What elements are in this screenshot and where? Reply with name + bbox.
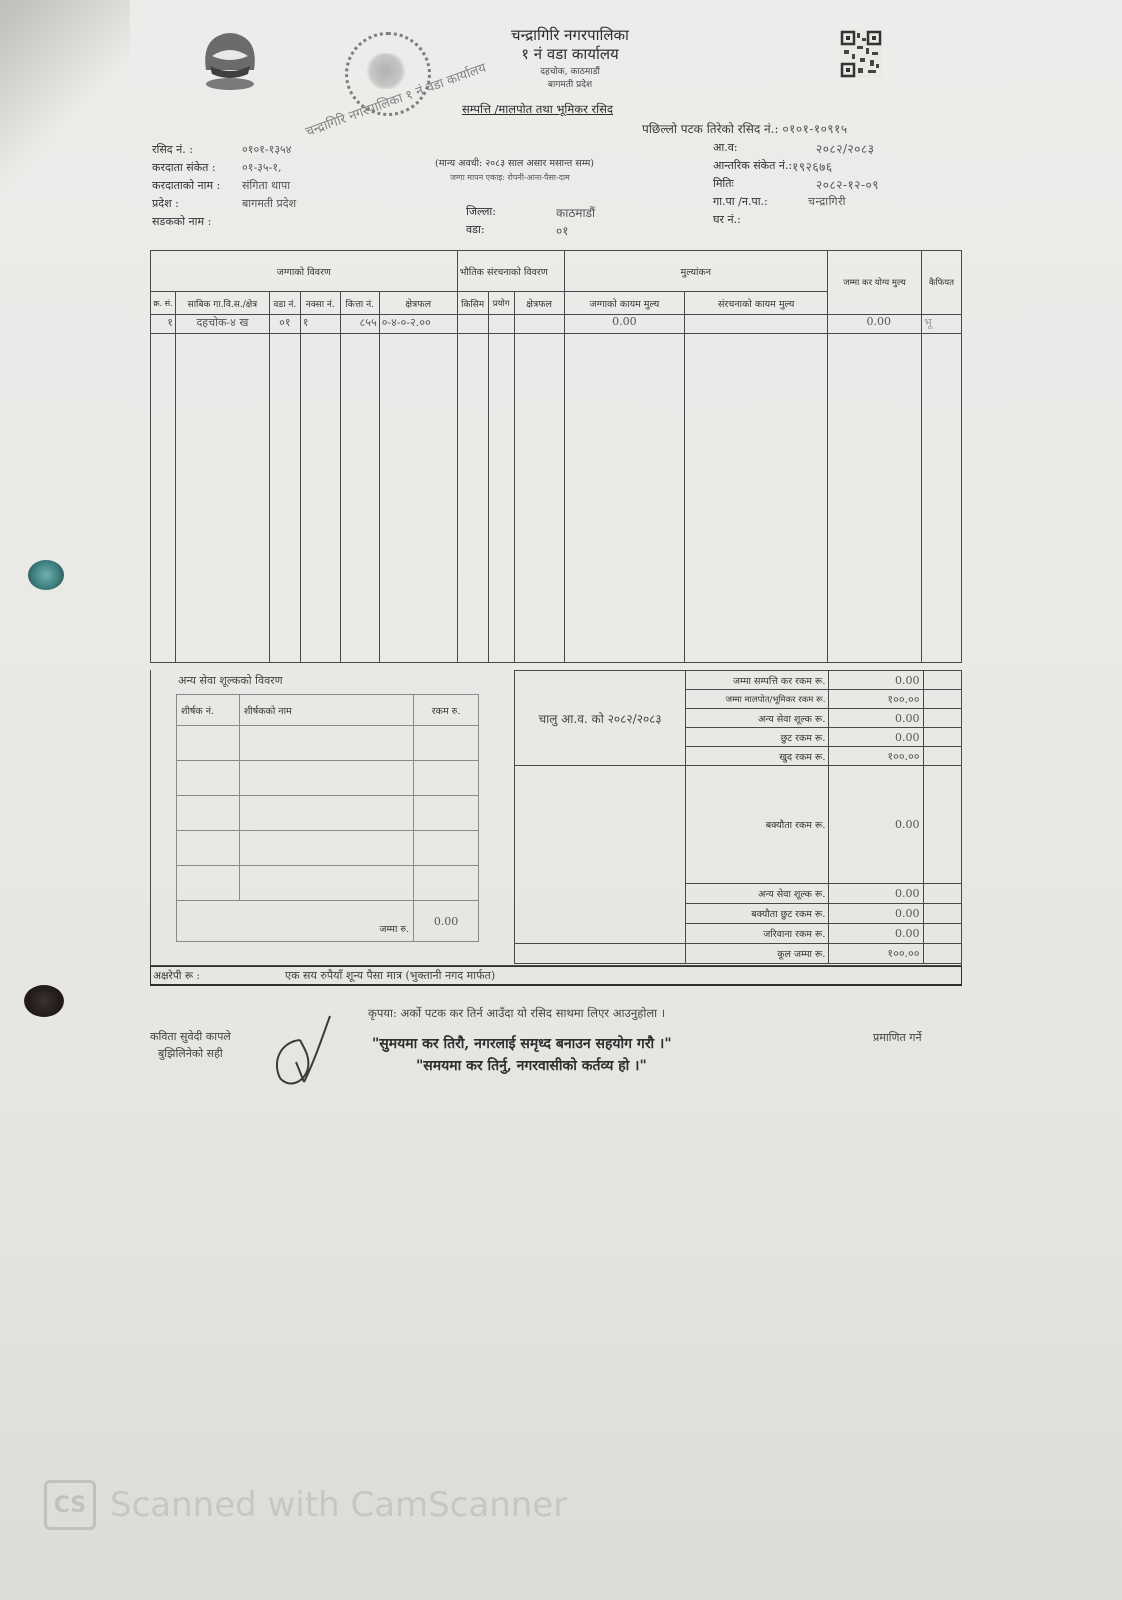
municipality-value: चन्द्रागिरी — [808, 194, 846, 212]
other-fees-table: शीर्षक नं. शीर्षकको नाम रकम रु. जम्मा रु… — [176, 694, 479, 942]
land-details-header: जग्गाको विवरण — [151, 251, 458, 292]
valuation-header: मुल्यांकन — [564, 251, 828, 292]
province-row: प्रदेश :बागमती प्रदेश — [152, 196, 296, 214]
receipt-info: आ.व:२०८२/२०८३ आन्तरिक संकेत नं.:१९२६७६ म… — [713, 140, 879, 230]
office-address: दहचोक, काठमाडौं बागमती प्रदेश — [470, 66, 670, 92]
cell-use — [488, 315, 514, 334]
ward-value: ०१ — [556, 222, 568, 240]
col-land-value: जग्गाको कायम मुल्य — [564, 292, 685, 315]
receiver-name: कविता सुवेदी कापले — [150, 1028, 231, 1045]
col-head-name: शीर्षकको नाम — [239, 695, 413, 726]
province-text: बागमती प्रदेश — [470, 79, 670, 92]
ward-office-name: १ नं वडा कार्यालय — [470, 45, 670, 64]
property-tax-amount: 0.00 — [829, 671, 923, 690]
col-head-no: शीर्षक नं. — [177, 695, 240, 726]
summary-table: चालु आ.व. को २०८२/२०८३ जम्मा सम्पत्ति कर… — [514, 670, 962, 964]
amount-in-words: अक्षरेपी रू : एक सय रुपैयाँ शून्य पैसा म… — [150, 966, 962, 986]
other-fees-total-row: जम्मा रु. 0.00 — [177, 901, 479, 942]
punch-hole — [28, 560, 64, 590]
camscanner-logo-icon: CS — [44, 1480, 96, 1530]
arrears-discount: 0.00 — [829, 904, 923, 924]
grand-total-amount: १००.०० — [829, 944, 923, 964]
service-fee-amount: 0.00 — [829, 709, 923, 728]
province-value: बागमती प्रदेश — [242, 196, 296, 214]
taxpayer-name-row: करदाताको नाम :संगिता थापा — [152, 178, 296, 196]
net-amount: १००.०० — [829, 747, 923, 766]
amount-in-words-label: अक्षरेपी रू : — [151, 969, 285, 983]
fine-amount: 0.00 — [829, 924, 923, 944]
fiscal-year-row: आ.व:२०८२/२०८३ — [713, 140, 879, 158]
land-tax-amount: १००.०० — [829, 690, 923, 709]
cell-structure-value — [685, 315, 828, 334]
summary-row: चालु आ.व. को २०८२/२०८३ जम्मा सम्पत्ति कर… — [515, 671, 962, 690]
cell-serial: १ — [151, 315, 176, 334]
table-row — [177, 726, 479, 761]
municipality-row: गा.पा /न.पा.:चन्द्रागिरी — [713, 194, 879, 212]
cell-taxable-value: 0.00 — [828, 315, 922, 334]
col-area: क्षेत्रफल — [379, 292, 457, 315]
cell-structure-area — [514, 315, 564, 334]
table-group-header: जग्गाको विवरण भौतिक संरचनाको विवरण मुल्य… — [151, 251, 962, 292]
cell-ward: ०१ — [269, 315, 300, 334]
house-number-row: घर नं.: — [713, 212, 879, 230]
receipt-date: २०८२-१२-०९ — [808, 176, 879, 194]
cell-land-value: 0.00 — [564, 315, 685, 334]
taxable-value-header: जम्मा कर योग्य मुल्य — [828, 251, 922, 315]
internal-code-row: आन्तरिक संकेत नं.:१९२६७६ — [713, 158, 879, 176]
receipt-number: ०१०१-१३५४ — [242, 142, 291, 160]
slogan-1: "सुमयमा कर तिरौ, नगरलाई समृध्द बनाउन सहय… — [372, 1034, 672, 1053]
current-fiscal-year: चालु आ.व. को २०८२/२०८३ — [515, 671, 686, 766]
col-use: प्रयोग — [488, 292, 514, 315]
internal-code: १९२६७६ — [792, 158, 832, 176]
other-fees-header: शीर्षक नं. शीर्षकको नाम रकम रु. — [177, 695, 479, 726]
receiver-signature-label: कविता सुवेदी कापले बुझिलिनेको सही — [150, 1028, 231, 1062]
table-row — [177, 761, 479, 796]
taxpayer-name: संगिता थापा — [242, 178, 290, 196]
arrears-amount: 0.00 — [829, 766, 923, 884]
handwritten-signature-icon — [270, 1012, 350, 1088]
district-info: जिल्ला:काठमाडौं वडा:०१ — [466, 204, 595, 240]
district-value: काठमाडौं — [556, 204, 595, 222]
col-serial: क्र. सं. — [151, 292, 176, 315]
table-row — [177, 796, 479, 831]
watermark-text: Scanned with CamScanner — [110, 1485, 567, 1525]
col-structure-area: क्षेत्रफल — [514, 292, 564, 315]
fiscal-year: २०८२/२०८३ — [808, 140, 874, 158]
arrears-service-fee: 0.00 — [829, 884, 923, 904]
previous-receipt: पछिल्लो पटक तिरेको रसिद नं.: ०१०१-१०९१५ — [642, 120, 848, 137]
col-kitta-no: कित्ता नं. — [340, 292, 379, 315]
return-note: कृपया: अर्को पटक कर तिर्न आउँदा यो रसिद … — [368, 1006, 665, 1021]
slogan-2: "समयमा कर तिर्नु, नगरवासीको कर्तव्य हो ।… — [416, 1056, 647, 1075]
land-details-table: जग्गाको विवरण भौतिक संरचनाको विवरण मुल्य… — [150, 250, 962, 663]
other-fees-title: अन्य सेवा शूल्कको विवरण — [178, 673, 283, 688]
other-fees-total-value: 0.00 — [414, 901, 479, 942]
table-row — [177, 831, 479, 866]
measurement-unit: जग्गा मापन एकाइ: रोपनी-आना-पैसा-दाम — [450, 172, 570, 183]
summary-row: बक्यौता रकम रू. 0.00 — [515, 766, 962, 884]
col-kind: किसिम — [457, 292, 488, 315]
nepal-emblem-icon — [198, 30, 262, 92]
municipality-name: चन्द्रागिरि नगरपालिका — [470, 26, 670, 45]
cell-kitta: ८५५ — [340, 315, 379, 334]
address-text: दहचोक, काठमाडौं — [470, 66, 670, 79]
validity-period: (मान्य अवधी: २०८३ साल असार मसान्त सम्म) — [435, 156, 594, 169]
receipt-number-row: रसिद नं. :०१०१-१३५४ — [152, 142, 296, 160]
previous-receipt-value: ०१०१-१०९१५ — [782, 122, 847, 136]
receipt-title: सम्पत्ति /मालपोत तथा भूमिकर रसिद — [462, 102, 613, 117]
cell-kind — [457, 315, 488, 334]
discount-amount: 0.00 — [829, 728, 923, 747]
punch-hole — [24, 985, 64, 1017]
certifier-label: प्रमाणित गर्ने — [873, 1030, 922, 1045]
grand-total-row: कूल जम्मा रू. १००.०० — [515, 944, 962, 964]
cell-remarks: भू — [921, 315, 961, 334]
structure-details-header: भौतिक संरचनाको विवरण — [457, 251, 564, 292]
col-amount: रकम रु. — [414, 695, 479, 726]
date-row: मितिः२०८२-१२-०९ — [713, 176, 879, 194]
taxpayer-code-row: करदाता संकेत :०१-३५-१, — [152, 160, 296, 178]
cell-map-no: १ — [300, 315, 340, 334]
camscanner-watermark: CS Scanned with CamScanner — [44, 1480, 567, 1530]
page-fold-shadow — [0, 0, 130, 190]
col-ward: वडा नं. — [269, 292, 300, 315]
table-row — [177, 866, 479, 901]
cell-former-vdc: दहचोक-४ ख — [175, 315, 269, 334]
street-name-row: सडकको नाम : — [152, 214, 296, 232]
col-former-vdc: साबिक गा.वि.स./क्षेत्र — [175, 292, 269, 315]
receiver-sign-caption: बुझिलिनेको सही — [150, 1045, 231, 1062]
taxpayer-code: ०१-३५-१, — [242, 160, 282, 178]
col-structure-value: संरचनाको कायम मुल्य — [685, 292, 828, 315]
col-map-no: नक्सा नं. — [300, 292, 340, 315]
other-fees-total-label: जम्मा रु. — [177, 901, 414, 942]
table-row: १ दहचोक-४ ख ०१ १ ८५५ ०-४-०-२.०० 0.00 0.0… — [151, 315, 962, 334]
taxpayer-info: रसिद नं. :०१०१-१३५४ करदाता संकेत :०१-३५-… — [152, 142, 296, 232]
remarks-header: कैफियत — [921, 251, 961, 315]
municipality-title: चन्द्रागिरि नगरपालिका १ नं वडा कार्यालय — [470, 26, 670, 64]
qr-code-icon — [840, 30, 882, 78]
cell-area: ०-४-०-२.०० — [379, 315, 457, 334]
table-empty-space — [151, 334, 962, 663]
previous-receipt-label: पछिल्लो पटक तिरेको रसिद नं.: — [642, 122, 779, 136]
amount-in-words-value: एक सय रुपैयाँ शून्य पैसा मात्र (भुक्तानी… — [285, 968, 495, 983]
